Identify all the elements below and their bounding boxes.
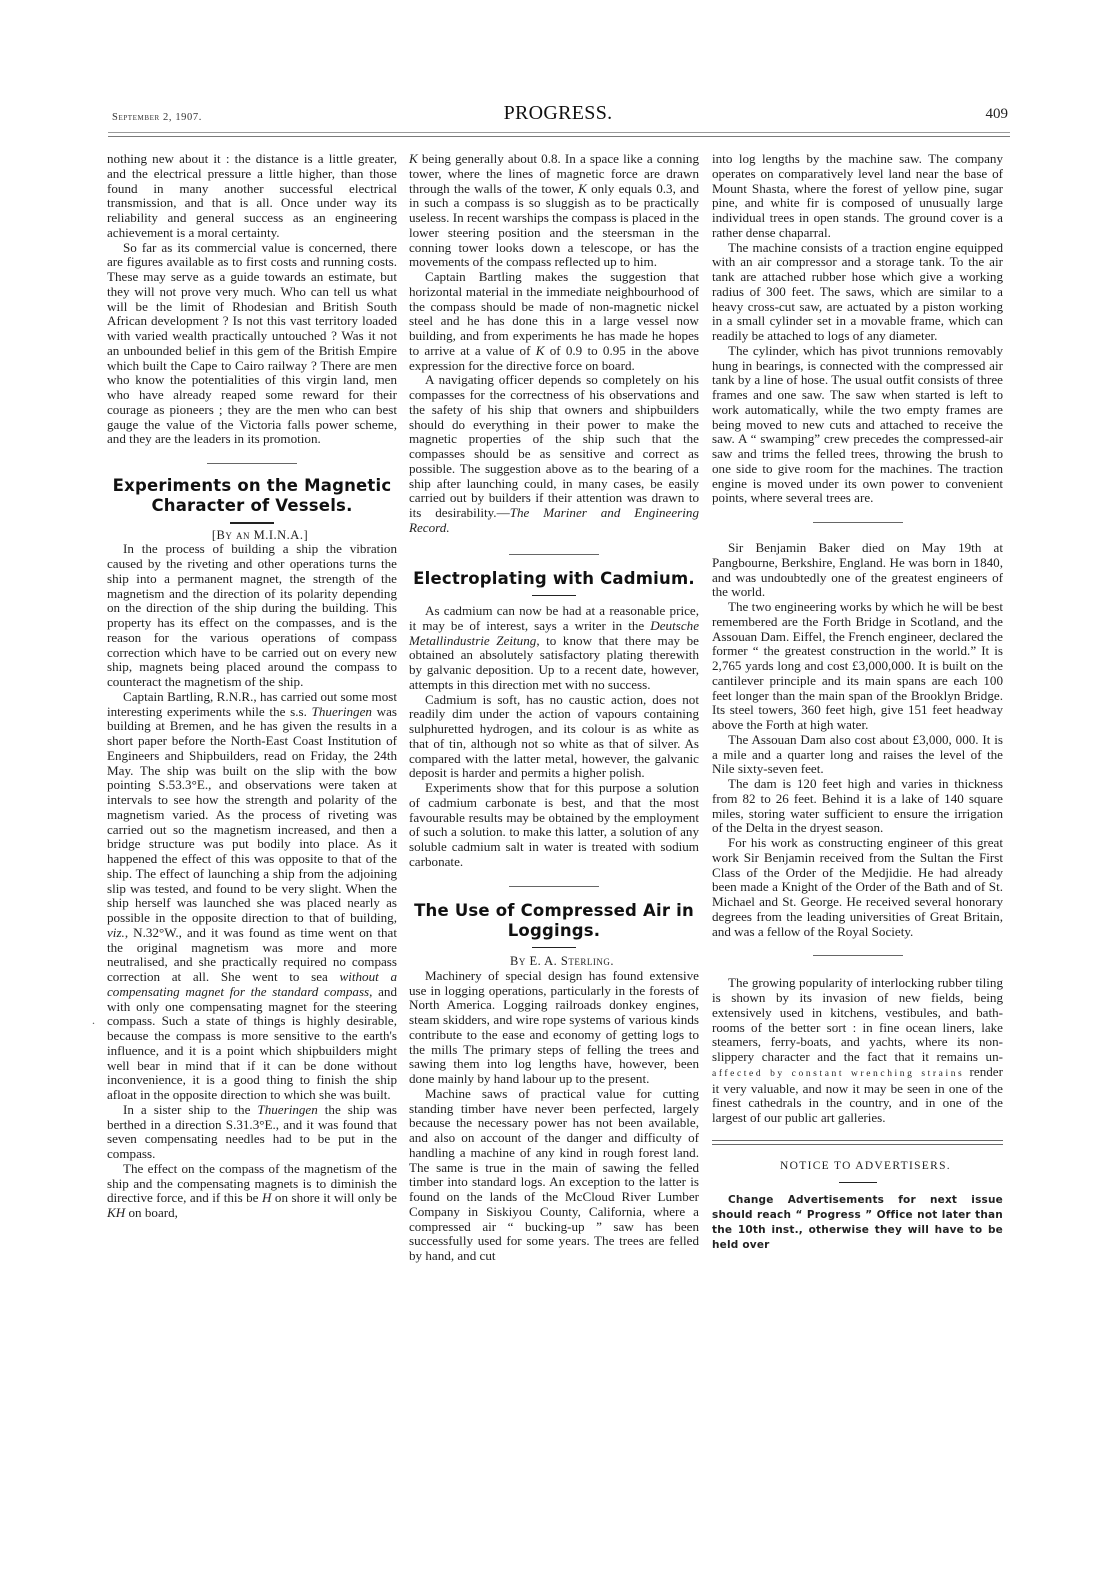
ship-name: Thueringen — [312, 704, 372, 719]
paragraph: The machine consists of a traction engin… — [712, 241, 1003, 344]
italic-run: viz. — [107, 925, 125, 940]
header-rule-top — [108, 132, 1010, 133]
article-headline-cadmium: Electroplating with Cadmium. — [409, 569, 699, 589]
notice-to-advertisers: NOTICE TO ADVERTISERS. Change Advertisem… — [712, 1159, 1003, 1253]
section-separator — [813, 522, 903, 523]
notice-title-rule — [839, 1182, 877, 1184]
headline-rule — [532, 595, 576, 597]
paragraph: A navigating officer depends so complete… — [409, 373, 699, 535]
paragraph: In a sister ship to the Thueringen the s… — [107, 1103, 397, 1162]
text-run: The growing popularity of interlocking r… — [712, 975, 1003, 1064]
paragraph: As cadmium can now be had at a reasonabl… — [409, 604, 699, 693]
math-symbol: KH — [107, 1205, 125, 1220]
section-separator — [813, 955, 903, 956]
continued-paragraph: K being generally about 0.8. In a space … — [409, 152, 699, 270]
byline-prefix: By — [510, 954, 526, 968]
paragraph: The effect on the compass of the magneti… — [107, 1162, 397, 1221]
continued-paragraph: into log lengths by the machine saw. The… — [712, 152, 1003, 241]
paragraph: Captain Bartling, R.N.R., has carried ou… — [107, 690, 397, 1103]
section-separator — [207, 463, 297, 464]
publication-title: PROGRESS. — [108, 102, 1008, 125]
text-run: In a sister ship to the — [123, 1102, 257, 1117]
column-1: nothing new about it : the distance is a… — [107, 152, 397, 1221]
author-name: E. A. Sterling. — [529, 954, 614, 968]
section-separator — [509, 886, 599, 887]
text-run: A navigating officer depends so complete… — [409, 372, 699, 520]
paragraph: Machine saws of practical value for cutt… — [409, 1087, 699, 1264]
article-headline-magnetic: Experiments on the Magnetic Character of… — [107, 476, 397, 516]
text-run: on shore it will only be — [271, 1190, 397, 1205]
running-header: September 2, 1907. PROGRESS. 409 — [108, 100, 1008, 130]
text-run: on board, — [125, 1205, 178, 1220]
ship-name: Thueringen — [257, 1102, 317, 1117]
notice-rule-top — [712, 1140, 1003, 1141]
headline-rule — [230, 522, 274, 524]
paragraph: The cylinder, which has pivot trunnions … — [712, 344, 1003, 506]
notice-box-rules — [712, 1140, 1003, 1145]
paragraph: So far as its commercial value is concer… — [107, 241, 397, 448]
paragraph: Experiments show that for this purpose a… — [409, 781, 699, 870]
column-3: into log lengths by the machine saw. The… — [712, 152, 1003, 1253]
paragraph: The Assouan Dam also cost about £3,000, … — [712, 733, 1003, 777]
byline-text: [By an M.I.N.A.] — [212, 528, 308, 542]
notice-rule-bottom — [712, 1144, 1003, 1145]
margin-mark: . — [92, 1013, 95, 1028]
notice-body: Change Advertisements for next issue sho… — [712, 1193, 1003, 1253]
paragraph: For his work as constructing engineer of… — [712, 836, 1003, 939]
byline: By E. A. Sterling. — [409, 954, 699, 969]
text-run: , and with only one compensating magnet … — [107, 984, 397, 1102]
paragraph: The two engineering works by which he wi… — [712, 600, 1003, 733]
continued-paragraph: nothing new about it : the distance is a… — [107, 152, 397, 241]
header-rule-bottom — [108, 136, 1010, 137]
text-run-small: affected by constant wrenching strains — [712, 1069, 964, 1079]
section-separator — [509, 554, 599, 555]
text-run: was building at Bremen, and he has given… — [107, 704, 397, 926]
article-headline-compressed-air: The Use of Compressed Air in Loggings. — [409, 901, 699, 941]
paragraph: The growing popularity of interlocking r… — [712, 976, 1003, 1126]
math-symbol: K — [578, 181, 587, 196]
page-number: 409 — [986, 106, 1009, 123]
math-symbol: K — [409, 151, 418, 166]
paragraph: Captain Bartling makes the suggestion th… — [409, 270, 699, 373]
headline-line: The Use of Compressed Air in — [414, 901, 694, 920]
paragraph: The dam is 120 feet high and varies in t… — [712, 777, 1003, 836]
notice-title: NOTICE TO ADVERTISERS. — [712, 1159, 1003, 1174]
column-2: K being generally about 0.8. In a space … — [409, 152, 699, 1264]
paragraph: In the process of building a ship the vi… — [107, 542, 397, 690]
paragraph: Sir Benjamin Baker died on May 19th at P… — [712, 541, 1003, 600]
paragraph: Machinery of special design has found ex… — [409, 969, 699, 1087]
headline-line: Character of Vessels. — [151, 496, 352, 515]
headline-line: Experiments on the Magnetic — [113, 476, 392, 495]
byline: [By an M.I.N.A.] — [107, 528, 397, 543]
headline-rule — [532, 947, 576, 949]
headline-line: Loggings. — [508, 921, 601, 940]
paragraph: Cadmium is soft, has no caustic action, … — [409, 693, 699, 782]
